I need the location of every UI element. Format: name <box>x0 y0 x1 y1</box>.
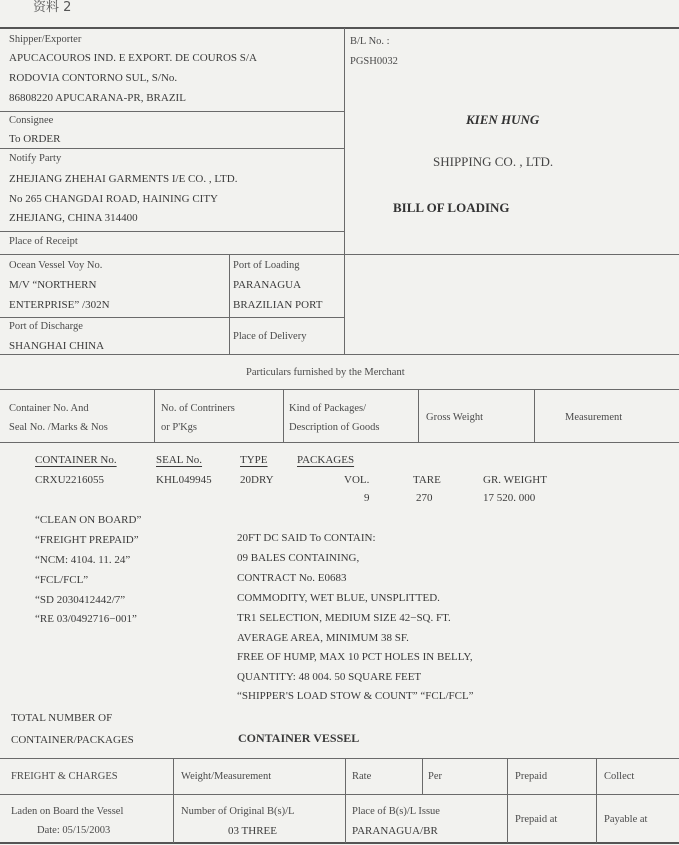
col-kind-packages: Description of Goods <box>289 421 379 435</box>
carrier-company: SHIPPING CO. , LTD. <box>433 155 553 169</box>
place-of-receipt-label: Place of Receipt <box>9 235 78 249</box>
mark-line: “FCL/FCL” <box>35 573 88 587</box>
bottom-table-mid <box>0 794 679 795</box>
issue-place-label: Place of B(s)/L Issue <box>352 805 440 819</box>
description-line: AVERAGE AREA, MINIMUM 38 SF. <box>237 631 409 645</box>
shipper-line: APUCACOUROS IND. E EXPORT. DE COUROS S/A <box>9 51 257 65</box>
total-label: TOTAL NUMBER OF <box>11 711 112 725</box>
col-measurement: Measurement <box>565 411 622 425</box>
vol-header: VOL. <box>344 473 369 487</box>
mark-line: “SD 2030412442/7” <box>35 593 125 607</box>
notify-line: ZHEJIANG, CHINA 314400 <box>9 211 138 225</box>
col-divider <box>154 389 155 442</box>
description-line: FREE OF HUMP, MAX 10 PCT HOLES IN BELLY, <box>237 650 473 664</box>
col-no-containers: or P'Kgs <box>161 421 197 435</box>
prepaid-label: Prepaid <box>515 770 547 784</box>
particulars-title: Particulars furnished by the Merchant <box>246 366 405 380</box>
ocean-vessel-line: M/V “NORTHERN <box>9 278 96 292</box>
description-line: 09 BALES CONTAINING, <box>237 551 359 565</box>
port-of-loading-line: BRAZILIAN PORT <box>233 298 322 312</box>
originals-label: Number of Original B(s)/L <box>181 805 294 819</box>
consignee-value: To ORDER <box>9 132 60 146</box>
tare-value: 270 <box>416 491 433 505</box>
seal-no-value: KHL049945 <box>156 473 212 487</box>
issue-place-value: PARANAGUA/BR <box>352 824 438 838</box>
divider-shipper <box>0 111 344 112</box>
col-divider <box>418 389 419 442</box>
collect-label: Collect <box>604 770 634 784</box>
bl-number: PGSH0032 <box>350 55 398 69</box>
description-line: 20FT DC SAID To CONTAIN: <box>237 531 376 545</box>
particulars-bottom-border <box>0 442 679 443</box>
top-border <box>0 27 679 29</box>
container-no-value: CRXU2216055 <box>35 473 104 487</box>
particulars-top-border <box>0 389 679 390</box>
divider-discharge <box>0 354 679 355</box>
container-no-header: CONTAINER No. <box>35 453 117 467</box>
description-line: “SHIPPER'S LOAD STOW & COUNT” “FCL/FCL” <box>237 689 474 703</box>
mark-line: “RE 03/0492716−001” <box>35 612 137 626</box>
tare-header: TARE <box>413 473 441 487</box>
carrier-name: KIEN HUNG <box>466 113 539 127</box>
type-value: 20DRY <box>240 473 274 487</box>
col-divider <box>507 758 508 843</box>
bl-number-label: B/L No. : <box>350 35 390 49</box>
mark-line: “FREIGHT PREPAID” <box>35 533 139 547</box>
port-of-discharge-value: SHANGHAI CHINA <box>9 339 104 353</box>
col-container-no: Seal No. /Marks & Nos <box>9 421 108 435</box>
notify-label: Notify Party <box>9 152 61 166</box>
port-of-loading-label: Port of Loading <box>233 259 300 273</box>
description-line: COMMODITY, WET BLUE, UNSPLITTED. <box>237 591 440 605</box>
laden-date: Date: 05/15/2003 <box>37 824 110 838</box>
port-of-discharge-label: Port of Discharge <box>9 320 83 334</box>
per-label: Per <box>428 770 442 784</box>
shipper-label: Shipper/Exporter <box>9 33 81 47</box>
mark-line: “NCM: 4104. 11. 24” <box>35 553 130 567</box>
ocean-vessel-line: ENTERPRISE” /302N <box>9 298 110 312</box>
gross-weight-header: GR. WEIGHT <box>483 473 547 487</box>
divider-notify <box>0 231 344 232</box>
ocean-vessel-label: Ocean Vessel Voy No. <box>9 259 102 273</box>
packages-header: PACKAGES <box>297 453 354 467</box>
total-value: CONTAINER VESSEL <box>238 731 359 745</box>
rate-label: Rate <box>352 770 371 784</box>
notify-line: No 265 CHANGDAI ROAD, HAINING CITY <box>9 192 218 206</box>
consignee-label: Consignee <box>9 114 53 128</box>
payable-at-label: Payable at <box>604 813 647 827</box>
description-line: TR1 SELECTION, MEDIUM SIZE 42−SQ. FT. <box>237 611 451 625</box>
total-label: CONTAINER/PACKAGES <box>11 733 134 747</box>
col-divider <box>422 758 423 794</box>
bottom-table-bottom <box>0 842 679 844</box>
page-label: 资料 2 <box>33 1 71 15</box>
document-title: BILL OF LOADING <box>393 201 510 215</box>
shipper-line: 86808220 APUCARANA-PR, BRAZIL <box>9 91 186 105</box>
description-line: QUANTITY: 48 004. 50 SQUARE FEET <box>237 670 421 684</box>
mark-line: “CLEAN ON BOARD” <box>35 513 141 527</box>
type-header: TYPE <box>240 453 268 467</box>
col-container-no: Container No. And <box>9 402 89 416</box>
laden-label: Laden on Board the Vessel <box>11 805 123 819</box>
place-of-delivery-label: Place of Delivery <box>233 330 306 344</box>
divider-consignee <box>0 148 344 149</box>
col-divider <box>173 758 174 843</box>
col-gross-weight: Gross Weight <box>426 411 483 425</box>
shipper-line: RODOVIA CONTORNO SUL, S/No. <box>9 71 177 85</box>
col-divider <box>596 758 597 843</box>
col-divider <box>283 389 284 442</box>
vol-value: 9 <box>364 491 370 505</box>
description-line: CONTRACT No. E0683 <box>237 571 347 585</box>
weight-measurement-label: Weight/Measurement <box>181 770 271 784</box>
center-divider <box>344 28 345 354</box>
originals-value: 03 THREE <box>228 824 277 838</box>
prepaid-at-label: Prepaid at <box>515 813 557 827</box>
vessel-divider <box>229 254 230 354</box>
divider-receipt <box>0 254 679 255</box>
port-of-loading-line: PARANAGUA <box>233 278 301 292</box>
freight-charges-label: FREIGHT & CHARGES <box>11 770 118 784</box>
bottom-table-top <box>0 758 679 759</box>
col-no-containers: No. of Contriners <box>161 402 235 416</box>
divider-vessel <box>0 317 344 318</box>
col-divider <box>345 758 346 843</box>
gross-weight-value: 17 520. 000 <box>483 491 535 505</box>
col-divider <box>534 389 535 442</box>
col-kind-packages: Kind of Packages/ <box>289 402 366 416</box>
seal-no-header: SEAL No. <box>156 453 202 467</box>
notify-line: ZHEJIANG ZHEHAI GARMENTS I/E CO. , LTD. <box>9 172 237 186</box>
